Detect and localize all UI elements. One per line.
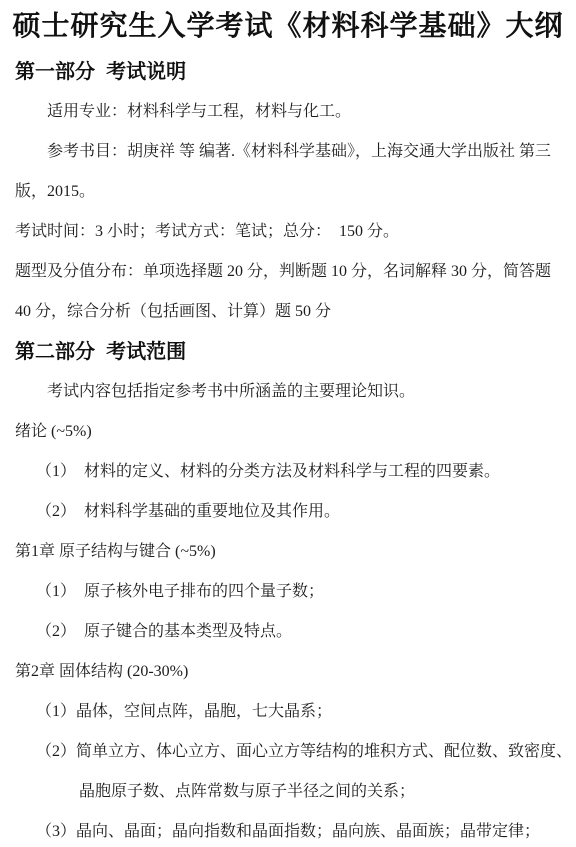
part1-line-score-distribution: 题型及分值分布：单项选择题 20 分，判断题 10 分，名词解释 30 分，简答…	[15, 252, 576, 292]
list-item: （2） 材料科学基础的重要地位及其作用。	[36, 492, 576, 532]
list-item: （2）简单立方、体心立方、面心立方等结构的堆积方式、配位数、致密度、	[36, 732, 576, 772]
part1-line-majors: 适用专业：材料科学与工程，材料与化工。	[47, 92, 576, 132]
part1-line-exam-time: 考试时间：3 小时；考试方式：笔试；总分： 150 分。	[15, 212, 576, 252]
doc-title: 硕士研究生入学考试《材料科学基础》大纲	[0, 0, 576, 52]
chapter-title-1: 第1章 原子结构与键合 (~5%)	[15, 532, 576, 572]
list-item: （1） 原子核外电子排布的四个量子数；	[36, 572, 576, 612]
list-item: （1）晶体，空间点阵，晶胞，七大晶系；	[36, 692, 576, 732]
list-item: （2） 原子键合的基本类型及特点。	[36, 612, 576, 652]
document-page: 硕士研究生入学考试《材料科学基础》大纲 第一部分 考试说明 适用专业：材料科学与…	[0, 0, 576, 847]
part1-line-reference-book: 参考书目：胡庚祥 等 编著.《材料科学基础》，上海交通大学出版社 第三	[47, 132, 576, 172]
list-item: （1） 材料的定义、材料的分类方法及材料科学与工程的四要素。	[36, 452, 576, 492]
part1-line-score-distribution-cont: 40 分，综合分析（包括画图、计算）题 50 分	[15, 292, 576, 332]
part1-heading: 第一部分 考试说明	[15, 52, 576, 92]
chapter-title-2: 第2章 固体结构 (20-30%)	[15, 652, 576, 692]
part1-line-reference-book-cont: 版，2015。	[15, 172, 576, 212]
part2-heading: 第二部分 考试范围	[15, 332, 576, 372]
part2-intro-line: 考试内容包括指定参考书中所涵盖的主要理论知识。	[47, 372, 576, 412]
list-item: （3）晶向、晶面；晶向指数和晶面指数；晶向族、晶面族；晶带定律；	[36, 812, 576, 847]
list-item-continuation: 晶胞原子数、点阵常数与原子半径之间的关系；	[79, 772, 576, 812]
chapter-title-intro: 绪论 (~5%)	[15, 412, 576, 452]
